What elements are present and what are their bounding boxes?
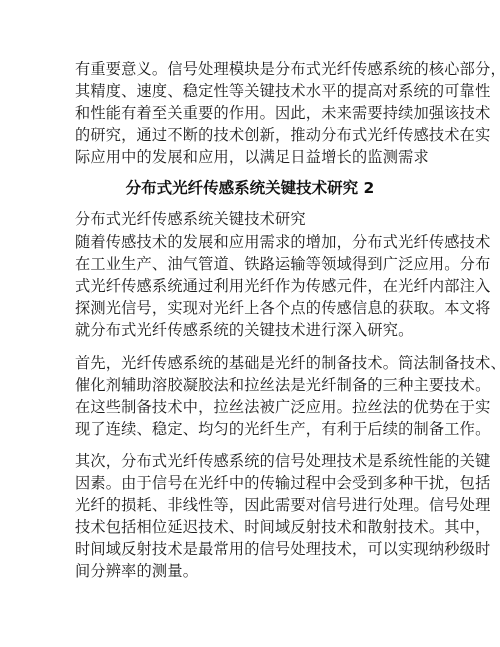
text-line: 的研究，通过不断的技术创新，推动分布式光纤传感技术在实 bbox=[75, 125, 490, 145]
document-page: 有重要意义。信号处理模块是分布式光纤传感系统的核心部分， 其精度、速度、稳定性等… bbox=[0, 0, 500, 647]
text-line: 际应用中的发展和应用，以满足日益增长的监测需求 bbox=[75, 147, 429, 167]
text-line: 在这些制备技术中，拉丝法被广泛应用。拉丝法的优势在于实 bbox=[75, 397, 490, 417]
text-line: 其精度、速度、稳定性等关键技术水平的提高对系统的可靠性 bbox=[75, 81, 490, 101]
text-line: 随着传感技术的发展和应用需求的增加，分布式光纤传感技术 bbox=[75, 232, 490, 252]
text-line: 催化剂辅助溶胶凝胶法和拉丝法是光纤制备的三种主要技术。 bbox=[75, 375, 490, 395]
text-line: 有重要意义。信号处理模块是分布式光纤传感系统的核心部分， bbox=[75, 59, 500, 79]
text-line: 因素。由于信号在光纤中的传输过程中会受到多种干扰，包括 bbox=[75, 473, 490, 493]
text-line: 其次，分布式光纤传感系统的信号处理技术是系统性能的关键 bbox=[75, 451, 490, 471]
text-line: 探测光信号，实现对光纤上各个点的传感信息的获取。本文将 bbox=[75, 298, 490, 318]
text-line: 间分辨率的测量。 bbox=[75, 561, 198, 581]
text-line: 现了连续、稳定、均匀的光纤生产，有利于后续的制备工作。 bbox=[75, 419, 490, 439]
text-line: 在工业生产、油气管道、铁路运输等领域得到广泛应用。分布 bbox=[75, 254, 490, 274]
text-line: 式光纤传感系统通过利用光纤作为传感元件，在光纤内部注入 bbox=[75, 276, 490, 296]
section-heading: 分布式光纤传感系统关键技术研究 2 bbox=[0, 178, 500, 198]
subtitle: 分布式光纤传感系统关键技术研究 bbox=[75, 209, 306, 229]
text-line: 光纤的损耗、非线性等，因此需要对信号进行处理。信号处理 bbox=[75, 495, 490, 515]
text-line: 和性能有着至关重要的作用。因此，未来需要持续加强该技术 bbox=[75, 103, 490, 123]
text-line: 时间域反射技术是最常用的信号处理技术，可以实现纳秒级时 bbox=[75, 539, 490, 559]
text-line: 首先，光纤传感系统的基础是光纤的制备技术。筒法制备技术、 bbox=[75, 353, 500, 373]
text-line: 技术包括相位延迟技术、时间域反射技术和散射技术。其中， bbox=[75, 517, 490, 537]
text-line: 就分布式光纤传感系统的关键技术进行深入研究。 bbox=[75, 320, 414, 340]
